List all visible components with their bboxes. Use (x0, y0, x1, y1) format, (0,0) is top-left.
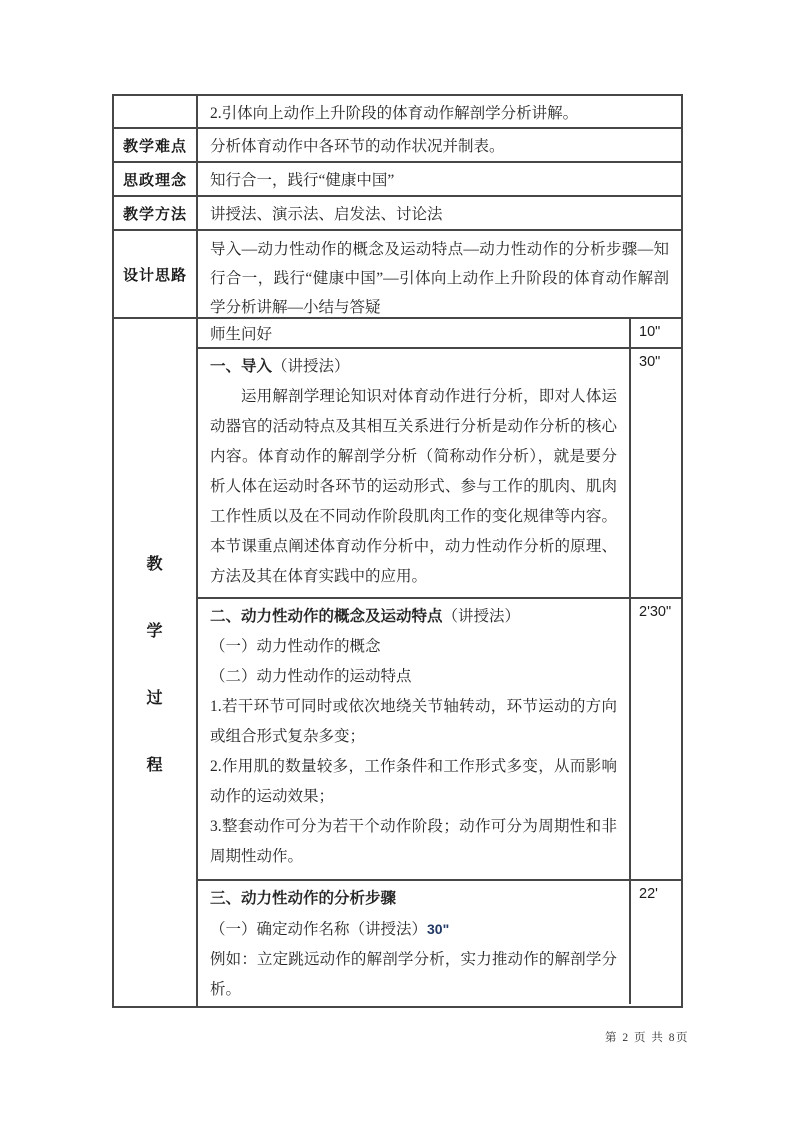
row-label: 教学难点 (114, 129, 198, 161)
process-row-section3: 三、动力性动作的分析步骤 （一）确定动作名称（讲授法）30" 例如：立定跳远动作… (198, 881, 681, 1004)
section2-heading: 二、动力性动作的概念及运动特点（讲授法） (210, 602, 617, 632)
section1-content: 一、导入（讲授法） 运用解剖学理论知识对体育动作进行分析，即对人体运动器官的活动… (198, 349, 631, 597)
section2-item: 2.作用肌的数量较多，工作条件和工作形式多变，从而影响动作的运动效果； (210, 752, 617, 812)
section2-content: 二、动力性动作的概念及运动特点（讲授法） （一）动力性动作的概念 （二）动力性动… (198, 599, 631, 879)
process-label-char: 过 (146, 685, 163, 708)
row-content: 讲授法、演示法、启发法、讨论法 (198, 197, 681, 229)
row-content: 导入—动力性动作的概念及运动特点—动力性动作的分析步骤—知行合一，践行“健康中国… (198, 231, 681, 317)
page-number-footer: 第 2 页 共 8页 (0, 1029, 689, 1045)
section3-line1-text: （一）确定动作名称（讲授法） (210, 921, 427, 938)
section1-heading-bold: 一、导入 (210, 358, 272, 375)
process-row-greeting: 师生问好 10" (198, 319, 681, 349)
process-rows: 师生问好 10" 一、导入（讲授法） 运用解剖学理论知识对体育动作进行分析，即对… (198, 319, 681, 1006)
section2-time: 2'30" (631, 599, 681, 879)
process-label-char: 程 (146, 752, 163, 775)
lesson-plan-table: 2.引体向上动作上升阶段的体育动作解剖学分析讲解。 教学难点 分析体育动作中各环… (112, 94, 683, 1008)
table-row-teaching-process: 教 学 过 程 师生问好 10" 一、导入（讲授法） 运用解剖 (114, 319, 681, 1006)
row-label: 教学方法 (114, 197, 198, 229)
greeting-time: 10" (631, 319, 681, 347)
section2-item: （二）动力性动作的运动特点 (210, 662, 617, 692)
section2-heading-bold: 二、动力性动作的概念及运动特点 (210, 608, 443, 625)
section3-heading: 三、动力性动作的分析步骤 (210, 884, 617, 914)
row-content: 分析体育动作中各环节的动作状况并制表。 (198, 129, 681, 161)
section2-heading-method: （讲授法） (443, 608, 521, 625)
document-page: 2.引体向上动作上升阶段的体育动作解剖学分析讲解。 教学难点 分析体育动作中各环… (0, 0, 794, 1123)
table-row-design-idea: 设计思路 导入—动力性动作的概念及运动特点—动力性动作的分析步骤—知行合一，践行… (114, 231, 681, 319)
table-row-teaching-methods: 教学方法 讲授法、演示法、启发法、讨论法 (114, 197, 681, 231)
section3-line1: （一）确定动作名称（讲授法）30" (210, 914, 617, 945)
section3-content: 三、动力性动作的分析步骤 （一）确定动作名称（讲授法）30" 例如：立定跳远动作… (198, 881, 631, 1004)
section1-heading-method: （讲授法） (272, 358, 350, 375)
section3-time: 22' (631, 881, 681, 1004)
section3-inline-time: 30" (427, 921, 449, 937)
row-label-empty (114, 96, 198, 127)
section2-item: （一）动力性动作的概念 (210, 632, 617, 662)
process-row-section1: 一、导入（讲授法） 运用解剖学理论知识对体育动作进行分析，即对人体运动器官的活动… (198, 349, 681, 599)
process-label-char: 教 (146, 551, 163, 574)
process-vertical-label: 教 学 过 程 (114, 319, 198, 1006)
table-row-continuation: 2.引体向上动作上升阶段的体育动作解剖学分析讲解。 (114, 96, 681, 129)
section1-time: 30" (631, 349, 681, 597)
row-content: 知行合一，践行“健康中国” (198, 163, 681, 195)
row-label: 思政理念 (114, 163, 198, 195)
table-row-teaching-difficulty: 教学难点 分析体育动作中各环节的动作状况并制表。 (114, 129, 681, 163)
section1-paragraph: 运用解剖学理论知识对体育动作进行分析，即对人体运动器官的活动特点及其相互关系进行… (210, 382, 617, 592)
row-label: 设计思路 (114, 231, 198, 317)
table-row-ideology-concept: 思政理念 知行合一，践行“健康中国” (114, 163, 681, 197)
process-label-char: 学 (146, 618, 163, 641)
section2-item: 3.整套动作可分为若干个动作阶段；动作可分为周期性和非周期性动作。 (210, 812, 617, 872)
row-content-pullup-analysis: 2.引体向上动作上升阶段的体育动作解剖学分析讲解。 (198, 96, 681, 127)
section2-item: 1.若干环节可同时或依次地绕关节轴转动，环节运动的方向或组合形式复杂多变； (210, 692, 617, 752)
process-row-section2: 二、动力性动作的概念及运动特点（讲授法） （一）动力性动作的概念 （二）动力性动… (198, 599, 681, 881)
section1-heading: 一、导入（讲授法） (210, 352, 617, 382)
section3-line2: 例如：立定跳远动作的解剖学分析，实力推动作的解剖学分析。 (210, 945, 617, 1005)
greeting-text: 师生问好 (198, 319, 631, 347)
